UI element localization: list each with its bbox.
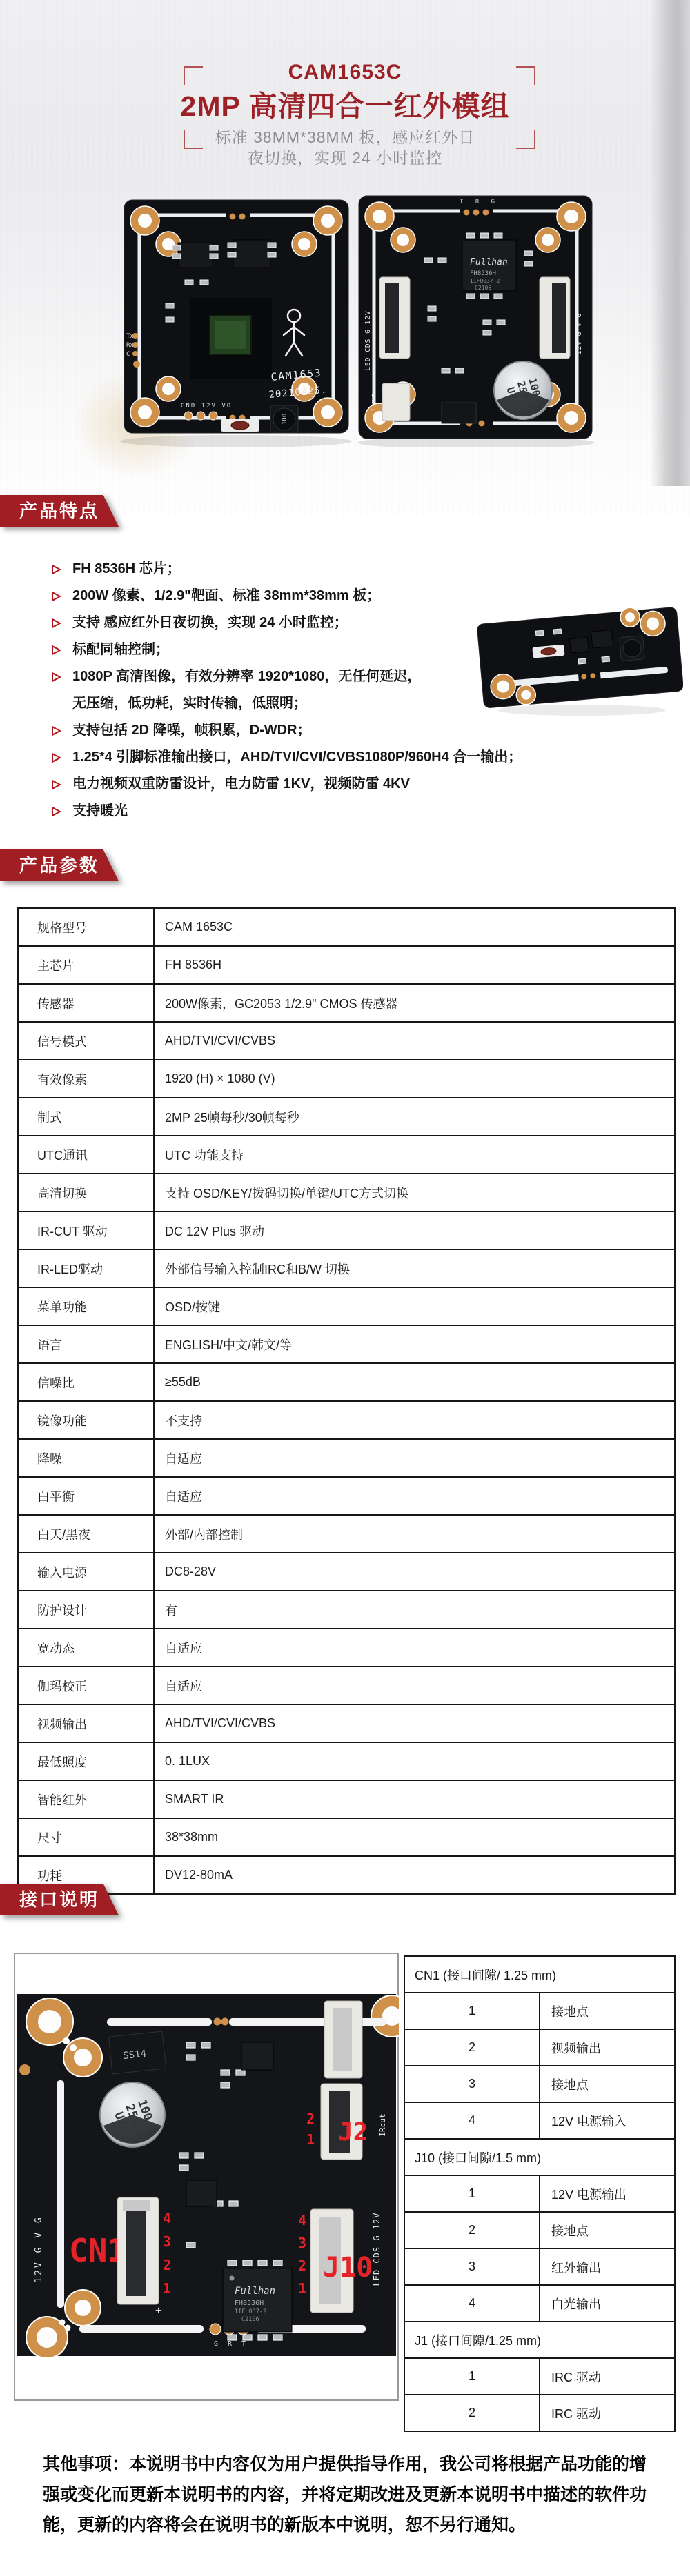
- silkscreen-12v-g-v-g: 12V G V G: [575, 313, 583, 354]
- param-value: AHD/TVI/CVI/CVBS: [154, 1022, 675, 1060]
- pin-number: 2: [404, 2212, 540, 2248]
- param-label: 白天/黑夜: [18, 1515, 154, 1553]
- table-row: UTC通讯UTC 功能支持: [18, 1136, 675, 1174]
- cn1-pin-4: 4: [163, 2210, 171, 2226]
- table-row: 高清切换支持 OSD/KEY/拨码切换/单键/UTC方式切换: [18, 1174, 675, 1211]
- param-label: 镜像功能: [18, 1401, 154, 1439]
- connector-label-j10: J10: [323, 2252, 373, 2284]
- chip-code-text: C2106: [241, 2316, 259, 2323]
- param-value: 自适应: [154, 1629, 675, 1667]
- table-row: 主芯片FH 8536H: [18, 946, 675, 984]
- param-value: 自适应: [154, 1667, 675, 1704]
- param-value: 有: [154, 1591, 675, 1629]
- bullet-arrow-icon: [52, 645, 61, 655]
- param-label: 信号模式: [18, 1022, 154, 1060]
- table-row: 白平衡自适应: [18, 1477, 675, 1515]
- feature-text: 电力视频双重防雷设计，电力防雷 1KV，视频防雷 4KV: [72, 771, 410, 798]
- pad-label-r: R: [228, 2340, 233, 2348]
- pin-description: 接地点: [540, 2066, 675, 2102]
- connector-name: CN1 (接口间隙/ 1.25 mm): [404, 1956, 675, 1993]
- board-detail-image: [475, 578, 683, 741]
- param-value: 0. 1LUX: [154, 1742, 675, 1780]
- pcb-back-board: T R G Fullhan FH8536H IIFU037-2 C: [359, 196, 592, 439]
- param-value: CAM 1653C: [154, 908, 675, 946]
- pin-description: 12V 电源输入: [540, 2102, 675, 2139]
- features-badge: 产品特点: [0, 495, 119, 527]
- silkscreen-led-cds-g-12v: LED CDS G 12V: [364, 310, 372, 370]
- j10-pin-4: 4: [298, 2212, 306, 2228]
- param-label: 白平衡: [18, 1477, 154, 1515]
- param-value: 支持 OSD/KEY/拨码切换/单键/UTC方式切换: [154, 1174, 675, 1211]
- table-row: 宽动态自适应: [18, 1629, 675, 1667]
- silkscreen-led-cds-g-12v: LED CDS G 12V: [372, 2213, 382, 2286]
- feature-text-continued: 无压缩，低功耗，实时传输，低照明；: [72, 690, 421, 717]
- param-value: DV12-80mA: [154, 1856, 675, 1894]
- feature-text: 支持暖光: [72, 798, 128, 825]
- cn1-plus-mark: +: [155, 2304, 162, 2317]
- param-label: 防护设计: [18, 1591, 154, 1629]
- param-label: 视频输出: [18, 1704, 154, 1742]
- pin-number: 3: [404, 2248, 540, 2285]
- param-label: IR-LED驱动: [18, 1249, 154, 1287]
- pin-number: 4: [404, 2285, 540, 2322]
- pin-row: 412V 电源输入: [404, 2102, 675, 2139]
- pin-description: 接地点: [540, 1993, 675, 2029]
- j2-pin-2: 2: [306, 2111, 315, 2127]
- table-row: 防护设计有: [18, 1591, 675, 1629]
- table-row: 白天/黑夜外部/内部控制: [18, 1515, 675, 1553]
- param-value: 外部信号输入控制IRC和B/W 切换: [154, 1249, 675, 1287]
- pad-label-g: G: [214, 2340, 218, 2348]
- bullet-arrow-icon: [52, 672, 61, 682]
- chip-sub-text: IIFU037-2: [470, 278, 500, 284]
- pin-row: 4白光输出: [404, 2285, 675, 2322]
- table-row: 视频输出AHD/TVI/CVI/CVBS: [18, 1704, 675, 1742]
- feature-text: 1.25*4 引脚标准输出接口，AHD/TVI/CVI/CVBS1080P/96…: [72, 744, 522, 771]
- pin-description: IRC 驱动: [540, 2395, 675, 2431]
- table-row: IR-LED驱动外部信号输入控制IRC和B/W 切换: [18, 1249, 675, 1287]
- bullet-arrow-icon: [52, 807, 61, 816]
- product-spec-page: CAM1653C 2MP 高清四合一红外模组 标准 38MM*38MM 板，感应…: [0, 0, 690, 2576]
- silkscreen-12v-g-v-g: 12V G V G: [34, 2215, 44, 2282]
- table-row: 降噪自适应: [18, 1439, 675, 1477]
- j2-pin-1: 1: [306, 2131, 315, 2148]
- param-label: 输入电源: [18, 1553, 154, 1591]
- table-row: 有效像素1920 (H) × 1080 (V): [18, 1060, 675, 1098]
- param-label: IR-CUT 驱动: [18, 1211, 154, 1249]
- interface-pin-table: CN1 (接口间隙/ 1.25 mm)1接地点2视频输出3接地点412V 电源输…: [404, 1955, 676, 2432]
- pin-number: 2: [404, 2395, 540, 2431]
- table-row: 镜像功能不支持: [18, 1401, 675, 1439]
- table-row: 最低照度0. 1LUX: [18, 1742, 675, 1780]
- hero-product-image: CAM1653 20210425. GND 12V VO 100 Tx Rx C: [0, 171, 690, 447]
- pin-description: 白光输出: [540, 2285, 675, 2322]
- pin-description: 红外输出: [540, 2248, 675, 2285]
- j10-pin-3: 3: [298, 2235, 306, 2251]
- inductor-value-text: 100: [282, 414, 288, 425]
- table-row: IR-CUT 驱动DC 12V Plus 驱动: [18, 1211, 675, 1249]
- feature-text: 支持 感应红外日夜切换，实现 24 小时监控；: [72, 610, 348, 636]
- feature-item: 1.25*4 引脚标准输出接口，AHD/TVI/CVI/CVBS1080P/96…: [52, 744, 667, 771]
- param-label: 智能红外: [18, 1780, 154, 1818]
- j10-pin-1: 1: [298, 2280, 306, 2297]
- feature-item: 支持暖光: [52, 798, 667, 825]
- interface-badge: 接口说明: [0, 1884, 119, 1915]
- param-value: 自适应: [154, 1439, 675, 1477]
- chip-model-text: FH8536H: [470, 270, 496, 277]
- silkscreen-trg: T R G: [460, 199, 499, 205]
- bullet-arrow-icon: [52, 565, 61, 574]
- param-value: 外部/内部控制: [154, 1515, 675, 1553]
- param-value: OSD/按键: [154, 1287, 675, 1325]
- pin-number: 1: [404, 1993, 540, 2029]
- chip-brand-text: Fullhan: [235, 2286, 275, 2297]
- j10-pin-2: 2: [298, 2257, 306, 2274]
- param-label: 最低照度: [18, 1742, 154, 1780]
- table-row: 语言ENGLISH/中文/韩文/等: [18, 1325, 675, 1363]
- feature-text: 1080P 高清图像，有效分辨率 1920*1080，无任何延迟，: [72, 663, 421, 690]
- param-label: 语言: [18, 1325, 154, 1363]
- page-title: 2MP 高清四合一红外模组: [0, 83, 690, 124]
- hero-subtitle-line2: 夜切换，实现 24 小时监控: [0, 145, 690, 168]
- connector-label-j2: J2: [338, 2118, 368, 2146]
- silkscreen-ircut: IRcut: [371, 394, 377, 412]
- param-value: 2MP 25帧每秒/30帧每秒: [154, 1098, 675, 1136]
- param-value: DC8-28V: [154, 1553, 675, 1591]
- chip-model-text: FH8536H: [235, 2300, 264, 2307]
- product-model: CAM1653C: [0, 61, 690, 84]
- param-label: 尺寸: [18, 1818, 154, 1856]
- hero-section: CAM1653C 2MP 高清四合一红外模组 标准 38MM*38MM 板，感应…: [0, 0, 690, 516]
- pin-description: 12V 电源输出: [540, 2175, 675, 2212]
- table-row: 规格型号CAM 1653C: [18, 908, 675, 946]
- param-value: ENGLISH/中文/韩文/等: [154, 1325, 675, 1363]
- chip-brand-text: Fullhan: [470, 257, 508, 268]
- pin-number: 1: [404, 2175, 540, 2212]
- connector-header-row: J1 (接口间隙/1.25 mm): [404, 2322, 675, 2358]
- hero-subtitle-line1: 标准 38MM*38MM 板，感应红外日: [0, 125, 690, 148]
- feature-text: FH 8536H 芯片；: [72, 556, 181, 583]
- bullet-arrow-icon: [52, 780, 61, 789]
- cn1-pin-2: 2: [163, 2257, 171, 2273]
- connector-header-row: J10 (接口间隙/1.5 mm): [404, 2139, 675, 2175]
- param-value: DC 12V Plus 驱动: [154, 1211, 675, 1249]
- param-label: 制式: [18, 1098, 154, 1136]
- param-label: UTC通讯: [18, 1136, 154, 1174]
- param-value: SMART IR: [154, 1780, 675, 1818]
- cn1-pin-1: 1: [163, 2280, 171, 2297]
- bullet-arrow-icon: [52, 592, 61, 601]
- pin-row: 1IRC 驱动: [404, 2358, 675, 2395]
- silkscreen-gnd-12v-vo: GND 12V VO: [181, 403, 232, 410]
- connector-name: J10 (接口间隙/1.5 mm): [404, 2139, 675, 2175]
- param-value: 200W像素，GC2053 1/2.9" CMOS 传感器: [154, 984, 675, 1022]
- pin-number: 2: [404, 2029, 540, 2066]
- silkscreen-ircut: IRcut: [378, 2113, 387, 2136]
- section-title-interface: 接口说明: [0, 1884, 119, 1915]
- param-label: 宽动态: [18, 1629, 154, 1667]
- param-value: 不支持: [154, 1401, 675, 1439]
- section-title-features: 产品特点: [0, 495, 119, 527]
- pin-description: 接地点: [540, 2212, 675, 2248]
- param-value: UTC 功能支持: [154, 1136, 675, 1174]
- pcb-front-board: CAM1653 20210425. GND 12V VO 100 Tx Rx C: [124, 200, 348, 433]
- connector-name: J1 (接口间隙/1.25 mm): [404, 2322, 675, 2358]
- pin-description: 视频输出: [540, 2029, 675, 2066]
- param-label: 传感器: [18, 984, 154, 1022]
- param-label: 主芯片: [18, 946, 154, 984]
- disclaimer-text: 其他事项：本说明书中内容仅为用户提供指导作用，我公司将根据产品功能的增强或变化而…: [43, 2449, 654, 2540]
- section-title-params: 产品参数: [0, 849, 119, 881]
- params-badge: 产品参数: [0, 849, 119, 881]
- params-table: 规格型号CAM 1653C主芯片FH 8536H传感器200W像素，GC2053…: [17, 907, 676, 1895]
- table-row: 传感器200W像素，GC2053 1/2.9" CMOS 传感器: [18, 984, 675, 1022]
- pin-description: IRC 驱动: [540, 2358, 675, 2395]
- table-row: 输入电源DC8-28V: [18, 1553, 675, 1591]
- param-value: AHD/TVI/CVI/CVBS: [154, 1704, 675, 1742]
- table-row: 信号模式AHD/TVI/CVI/CVBS: [18, 1022, 675, 1060]
- bullet-arrow-icon: [52, 726, 61, 736]
- pin-number: 3: [404, 2066, 540, 2102]
- chip-sub-text: IIFU037-2: [235, 2308, 266, 2315]
- param-label: 伽玛校正: [18, 1667, 154, 1704]
- feature-text: 标配同轴控制；: [72, 636, 169, 663]
- interface-photo: G R T 12V G V G SS14 100 25V UT: [14, 1953, 399, 2401]
- param-label: 有效像素: [18, 1060, 154, 1098]
- silkscreen-c: C: [126, 351, 130, 358]
- param-value: FH 8536H: [154, 946, 675, 984]
- cn1-pin-3: 3: [163, 2233, 171, 2250]
- param-value: 1920 (H) × 1080 (V): [154, 1060, 675, 1098]
- param-label: 高清切换: [18, 1174, 154, 1211]
- table-row: 智能红外SMART IR: [18, 1780, 675, 1818]
- chip-code-text: C2106: [475, 285, 491, 291]
- param-label: 规格型号: [18, 908, 154, 946]
- pin-row: 112V 电源输出: [404, 2175, 675, 2212]
- pin-row: 1接地点: [404, 1993, 675, 2029]
- pin-row: 2接地点: [404, 2212, 675, 2248]
- table-row: 尺寸38*38mm: [18, 1818, 675, 1856]
- bullet-arrow-icon: [52, 753, 61, 763]
- table-row: 伽玛校正自适应: [18, 1667, 675, 1704]
- pin-row: 2视频输出: [404, 2029, 675, 2066]
- pin-number: 4: [404, 2102, 540, 2139]
- feature-text: 支持包括 2D 降噪，帧积累，D-WDR；: [72, 717, 311, 744]
- param-value: ≥55dB: [154, 1363, 675, 1401]
- table-row: 菜单功能OSD/按键: [18, 1287, 675, 1325]
- feature-text: 200W 像素、1/2.9"靶面、标准 38mm*38mm 板；: [72, 583, 380, 610]
- table-row: 制式2MP 25帧每秒/30帧每秒: [18, 1098, 675, 1136]
- param-value: 自适应: [154, 1477, 675, 1515]
- param-label: 菜单功能: [18, 1287, 154, 1325]
- table-row: 信噪比≥55dB: [18, 1363, 675, 1401]
- pin-row: 3红外输出: [404, 2248, 675, 2285]
- pin-number: 1: [404, 2358, 540, 2395]
- pin-row: 3接地点: [404, 2066, 675, 2102]
- param-value: 38*38mm: [154, 1818, 675, 1856]
- param-label: 信噪比: [18, 1363, 154, 1401]
- param-label: 降噪: [18, 1439, 154, 1477]
- pin-row: 2IRC 驱动: [404, 2395, 675, 2431]
- feature-item: 电力视频双重防雷设计，电力防雷 1KV，视频防雷 4KV: [52, 771, 667, 798]
- pad-label-t: T: [241, 2340, 246, 2348]
- bullet-arrow-icon: [52, 618, 61, 628]
- connector-header-row: CN1 (接口间隙/ 1.25 mm): [404, 1956, 675, 1993]
